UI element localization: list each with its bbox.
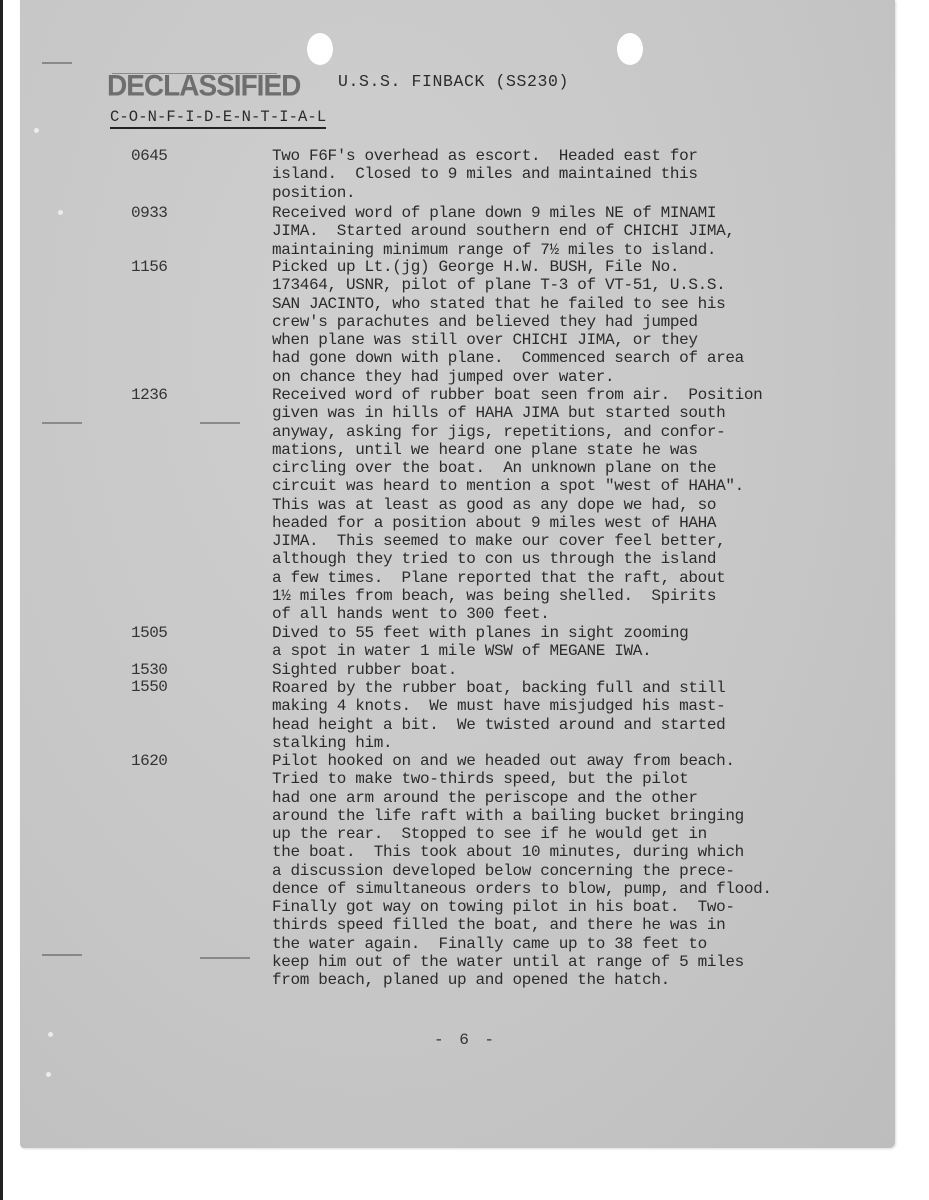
- log-text: Dived to 55 feet with planes in sight zo…: [272, 624, 872, 661]
- log-line: position.: [272, 184, 355, 202]
- scan-border: [0, 0, 3, 1200]
- log-line: JIMA. Started around southern end of CHI…: [272, 222, 735, 240]
- log-line: Finally got way on towing pilot in his b…: [272, 898, 735, 916]
- log-line: Picked up Lt.(jg) George H.W. BUSH, File…: [272, 258, 679, 276]
- log-line: had one arm around the periscope and the…: [272, 789, 698, 807]
- log-time: 1530: [131, 661, 167, 679]
- log-line: mations, until we heard one plane state …: [272, 441, 698, 459]
- log-text: Received word of plane down 9 miles NE o…: [272, 204, 872, 259]
- smudge-mark: [42, 954, 82, 956]
- log-line: given was in hills of HAHA JIMA but star…: [272, 404, 725, 422]
- page-number: - 6 -: [434, 1031, 497, 1049]
- log-line: on chance they had jumped over water.: [272, 368, 614, 386]
- log-line: the water again. Finally came up to 38 f…: [272, 935, 707, 953]
- log-line: maintaining minimum range of 7½ miles to…: [272, 241, 716, 259]
- log-line: of all hands went to 300 feet.: [272, 605, 550, 623]
- log-text: Two F6F's overhead as escort. Headed eas…: [272, 147, 872, 202]
- paper-speck: [58, 210, 63, 215]
- log-line: circling over the boat. An unknown plane…: [272, 459, 716, 477]
- log-line: around the life raft with a bailing buck…: [272, 807, 744, 825]
- log-line: a discussion developed below concerning …: [272, 862, 735, 880]
- log-line: island. Closed to 9 miles and maintained…: [272, 165, 698, 183]
- log-time: 1236: [131, 386, 167, 404]
- log-line: 1½ miles from beach, was being shelled. …: [272, 587, 716, 605]
- log-text: Pilot hooked on and we headed out away f…: [272, 752, 872, 989]
- paper-speck: [46, 1072, 51, 1077]
- log-line: keep him out of the water until at range…: [272, 953, 744, 971]
- log-line: although they tried to con us through th…: [272, 550, 716, 568]
- log-time: 0645: [131, 147, 167, 165]
- log-line: Received word of rubber boat seen from a…: [272, 386, 762, 404]
- log-line: had gone down with plane. Commenced sear…: [272, 349, 744, 367]
- ship-header: U.S.S. FINBACK (SS230): [338, 72, 569, 91]
- log-line: a spot in water 1 mile WSW of MEGANE IWA…: [272, 642, 651, 660]
- log-time: 0933: [131, 204, 167, 222]
- smudge-mark: [42, 62, 72, 64]
- paper-speck: [34, 128, 39, 133]
- log-line: circuit was heard to mention a spot "wes…: [272, 477, 744, 495]
- log-line: when plane was still over CHICHI JIMA, o…: [272, 331, 698, 349]
- log-line: Tried to make two-thirds speed, but the …: [272, 770, 688, 788]
- log-time: 1620: [131, 752, 167, 770]
- log-line: SAN JACINTO, who stated that he failed t…: [272, 295, 725, 313]
- log-line: Roared by the rubber boat, backing full …: [272, 679, 725, 697]
- log-line: Dived to 55 feet with planes in sight zo…: [272, 624, 688, 642]
- log-line: headed for a position about 9 miles west…: [272, 514, 716, 532]
- log-line: Received word of plane down 9 miles NE o…: [272, 204, 716, 222]
- log-line: dence of simultaneous orders to blow, pu…: [272, 880, 772, 898]
- log-line: up the rear. Stopped to see if he would …: [272, 825, 707, 843]
- punch-hole: [617, 33, 643, 65]
- log-line: This was at least as good as any dope we…: [272, 496, 716, 514]
- log-text: Received word of rubber boat seen from a…: [272, 386, 872, 623]
- log-line: a few times. Plane reported that the raf…: [272, 569, 725, 587]
- log-line: Pilot hooked on and we headed out away f…: [272, 752, 735, 770]
- log-text: Roared by the rubber boat, backing full …: [272, 679, 872, 752]
- log-line: JIMA. This seemed to make our cover feel…: [272, 532, 725, 550]
- punch-hole: [307, 33, 333, 65]
- log-line: head height a bit. We twisted around and…: [272, 716, 725, 734]
- declassified-stamp: DECLASSIFIED: [107, 69, 300, 103]
- smudge-mark: [200, 422, 240, 424]
- paper-speck: [48, 1032, 53, 1037]
- log-line: stalking him.: [272, 734, 392, 752]
- log-line: anyway, asking for jigs, repetitions, an…: [272, 423, 725, 441]
- log-time: 1156: [131, 258, 167, 276]
- classification-label: C-O-N-F-I-D-E-N-T-I-A-L: [110, 108, 326, 129]
- log-text: Sighted rubber boat.: [272, 661, 872, 679]
- log-line: Sighted rubber boat.: [272, 661, 457, 679]
- log-line: Two F6F's overhead as escort. Headed eas…: [272, 147, 698, 165]
- log-line: crew's parachutes and believed they had …: [272, 313, 698, 331]
- log-line: 173464, USNR, pilot of plane T-3 of VT-5…: [272, 276, 725, 294]
- log-text: Picked up Lt.(jg) George H.W. BUSH, File…: [272, 258, 872, 386]
- smudge-mark: [200, 957, 250, 959]
- smudge-mark: [42, 422, 82, 424]
- log-line: making 4 knots. We must have misjudged h…: [272, 697, 725, 715]
- log-line: from beach, planed up and opened the hat…: [272, 971, 670, 989]
- log-line: thirds speed filled the boat, and there …: [272, 916, 725, 934]
- log-line: the boat. This took about 10 minutes, du…: [272, 843, 744, 861]
- log-time: 1505: [131, 624, 167, 642]
- log-time: 1550: [131, 678, 167, 696]
